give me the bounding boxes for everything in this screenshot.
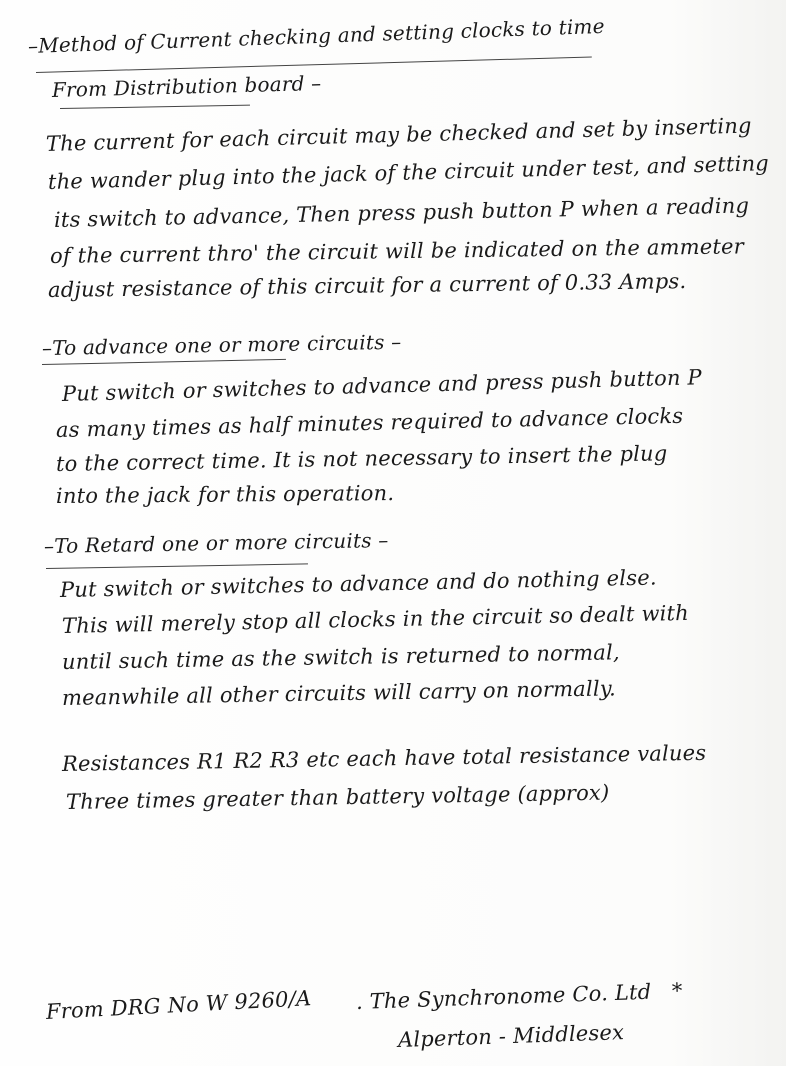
title-line-2: From Distribution board – [52, 71, 322, 102]
paragraph-line: to the correct time. It is not necessary… [56, 441, 668, 476]
paragraph-line: the wander plug into the jack of the cir… [48, 151, 770, 194]
dash: – [391, 330, 402, 354]
subtitle-text: From Distribution board [52, 71, 305, 102]
title-line-1: –Method of Current checking and setting … [28, 14, 605, 58]
heading-underline [46, 563, 308, 569]
section-heading-advance: –To advance one or more circuits – [42, 330, 402, 360]
footer-location: Alperton - Middlesex [398, 1020, 625, 1052]
note-line: Three times greater than battery voltage… [66, 781, 610, 814]
dash: – [44, 534, 55, 558]
paragraph-line: into the jack for this operation. [56, 481, 394, 508]
footer-company: . The Synchronome Co. Ltd * [356, 979, 683, 1014]
section-heading-retard: –To Retard one or more circuits – [44, 528, 389, 558]
company-text: . The Synchronome Co. Ltd [356, 980, 652, 1014]
paragraph-line: until such time as the switch is returne… [62, 640, 620, 674]
subtitle-underline [60, 105, 250, 109]
dash: – [42, 336, 53, 360]
paragraph-line: This will merely stop all clocks in the … [62, 601, 689, 638]
heading-underline [42, 359, 286, 365]
handwritten-page: –Method of Current checking and setting … [0, 0, 786, 1066]
asterisk-mark: * [671, 979, 683, 1003]
title-text: Method of Current checking and setting c… [38, 14, 605, 58]
note-line: Resistances R1 R2 R3 etc each have total… [62, 741, 707, 776]
heading-text: To Retard one or more circuits [54, 528, 372, 558]
paragraph-line: of the current thro' the circuit will be… [50, 234, 744, 268]
dash: – [311, 71, 322, 95]
paragraph-line: The current for each circuit may be chec… [46, 114, 752, 156]
paragraph-line: as many times as half minutes required t… [56, 404, 684, 442]
paragraph-line: meanwhile all other circuits will carry … [62, 676, 616, 710]
paragraph-line: its switch to advance, Then press push b… [54, 193, 750, 232]
paragraph-line: adjust resistance of this circuit for a … [48, 269, 687, 302]
heading-text: To advance one or more circuits [52, 330, 385, 360]
dash: – [378, 528, 389, 552]
footer-source: From DRG No W 9260/A [45, 986, 311, 1024]
paragraph-line: Put switch or switches to advance and pr… [62, 365, 702, 406]
paragraph-line: Put switch or switches to advance and do… [60, 566, 657, 602]
